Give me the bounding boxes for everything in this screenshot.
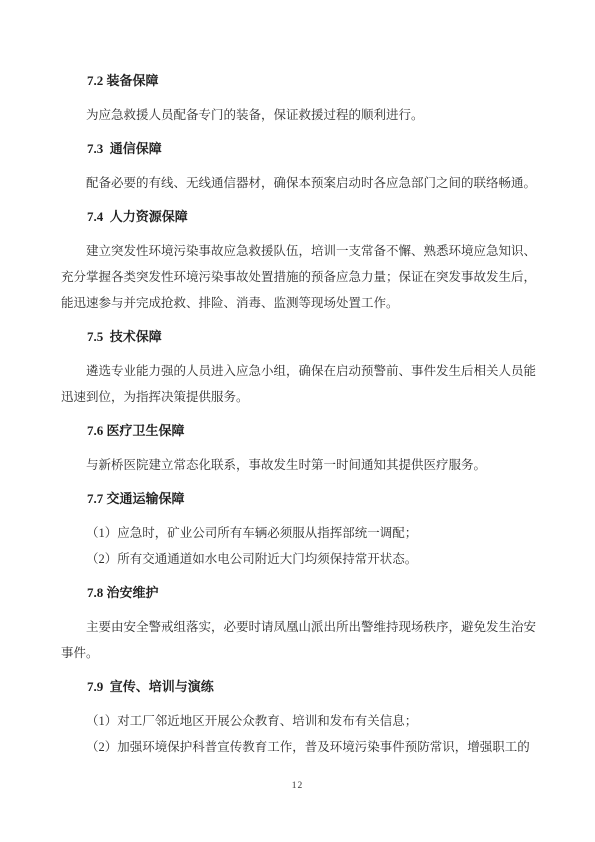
section: 7.2 装备保障 为应急救援人员配备专门的装备，保证救援过程的顺利进行。 <box>61 68 536 128</box>
section-heading: 7.4 人力资源保障 <box>61 204 536 230</box>
paragraph: （2）所有交通通道如水电公司附近大门均须保持常开状态。 <box>61 546 536 572</box>
paragraph: 建立突发性环境污染事故应急救援队伍，培训一支常备不懈、熟悉环境应急知识、充分掌握… <box>61 238 536 316</box>
paragraph: 配备必要的有线、无线通信器材，确保本预案启动时各应急部门之间的联络畅通。 <box>61 170 536 196</box>
section: 7.8 治安维护 主要由安全警戒组落实，必要时请凤凰山派出所出警维持现场秩序，避… <box>61 580 536 666</box>
paragraph: （1）应急时，矿业公司所有车辆必须服从指挥部统一调配； <box>61 520 536 546</box>
document-content: 7.2 装备保障 为应急救援人员配备专门的装备，保证救援过程的顺利进行。 7.3… <box>61 60 536 760</box>
paragraph: （1）对工厂邻近地区开展公众教育、培训和发布有关信息； <box>61 708 536 734</box>
section: 7.7 交通运输保障 （1）应急时，矿业公司所有车辆必须服从指挥部统一调配；（2… <box>61 486 536 572</box>
paragraph: 与新桥医院建立常态化联系，事故发生时第一时间通知其提供医疗服务。 <box>61 452 536 478</box>
section-heading: 7.6 医疗卫生保障 <box>61 418 536 444</box>
document-page: 7.2 装备保障 为应急救援人员配备专门的装备，保证救援过程的顺利进行。 7.3… <box>0 0 595 842</box>
section-heading: 7.5 技术保障 <box>61 324 536 350</box>
section-heading: 7.8 治安维护 <box>61 580 536 606</box>
section-heading: 7.7 交通运输保障 <box>61 486 536 512</box>
paragraph: （2）加强环境保护科普宣传教育工作，普及环境污染事件预防常识，增强职工的 <box>61 734 536 760</box>
section-heading: 7.3 通信保障 <box>61 136 536 162</box>
section: 7.4 人力资源保障 建立突发性环境污染事故应急救援队伍，培训一支常备不懈、熟悉… <box>61 204 536 316</box>
paragraph: 为应急救援人员配备专门的装备，保证救援过程的顺利进行。 <box>61 102 536 128</box>
section-heading: 7.9 宣传、培训与演练 <box>61 674 536 700</box>
paragraph: 主要由安全警戒组落实，必要时请凤凰山派出所出警维持现场秩序，避免发生治安事件。 <box>61 614 536 666</box>
section: 7.3 通信保障 配备必要的有线、无线通信器材，确保本预案启动时各应急部门之间的… <box>61 136 536 196</box>
page-number: 12 <box>0 781 595 791</box>
section: 7.9 宣传、培训与演练 （1）对工厂邻近地区开展公众教育、培训和发布有关信息；… <box>61 674 536 760</box>
section: 7.6 医疗卫生保障 与新桥医院建立常态化联系，事故发生时第一时间通知其提供医疗… <box>61 418 536 478</box>
section: 7.5 技术保障 遴选专业能力强的人员进入应急小组，确保在启动预警前、事件发生后… <box>61 324 536 410</box>
section-heading: 7.2 装备保障 <box>61 68 536 94</box>
paragraph: 遴选专业能力强的人员进入应急小组，确保在启动预警前、事件发生后相关人员能迅速到位… <box>61 358 536 410</box>
